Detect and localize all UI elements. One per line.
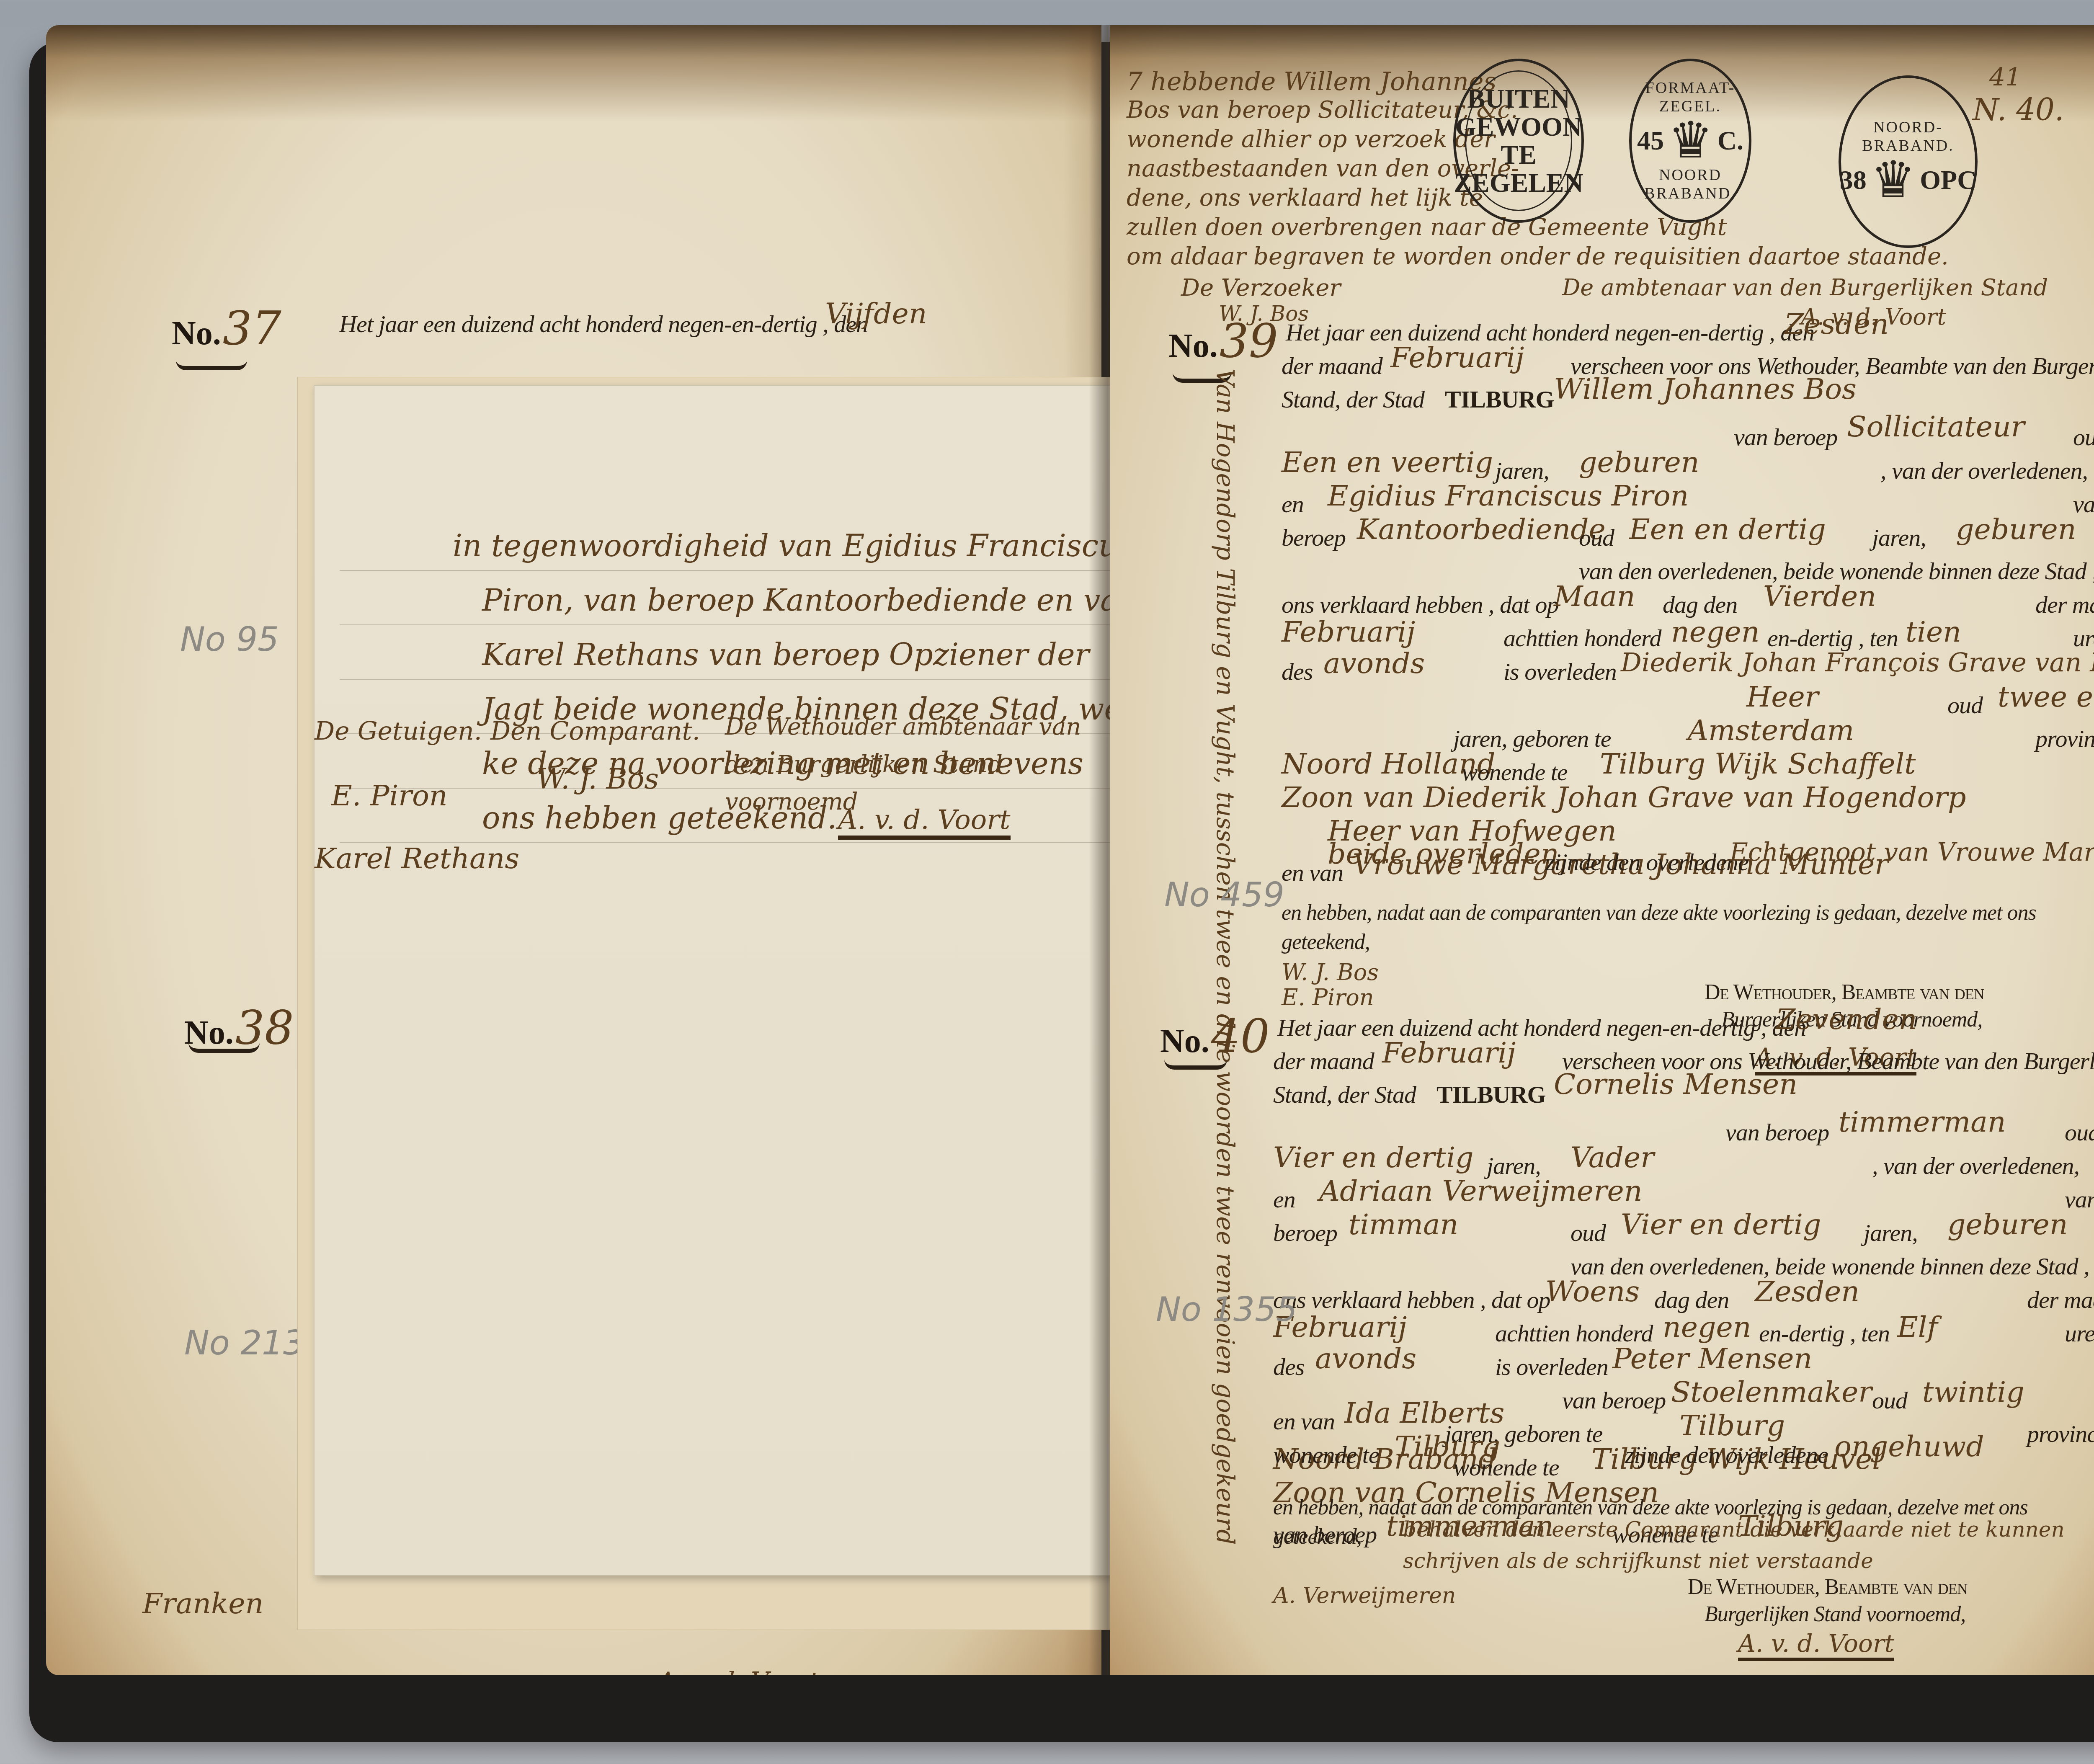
comparant-2-field: Egidius Franciscus Piron [1328,480,1689,513]
entry-37-number: No. 37 [172,302,281,355]
weekday-field: Maan [1554,580,1635,613]
deceased-name-field: Diederik Johan François Grave van Hogend… [1621,647,2094,678]
deceased-age-field: twintig [1922,1376,2024,1409]
label: en [1282,490,1304,518]
ruled-line [340,570,1144,571]
deceased-age-field: twee en zestig [1998,681,2094,714]
stamp-unit: OPC [1920,166,1976,194]
hour-field: Elf [1897,1311,1938,1344]
spouse-field: Echtgenoot van Vrouwe Maria Johanna van … [1730,838,2094,867]
death-month-field: Februarij [1282,616,1415,649]
label: en [1273,1185,1295,1213]
label: en van [1273,1407,1335,1435]
mother-field: Ida Elberts [1344,1397,1504,1430]
comparant-1-field: Cornelis Mensen [1554,1068,1797,1101]
right-page: 41 N. 40. 7 hebbende Willem Johannes Bos… [1110,25,2094,1675]
deceased-beroep-field: Stoelenmaker [1671,1376,1872,1409]
annotation-line: dene, ons verklaard het lijk te [1127,184,1483,211]
label: beroep [1273,1219,1337,1247]
label: , van der overledenen, [1880,456,2088,485]
label: jaren, [1872,524,1926,552]
wethouder-label: Burgerlijken Stand voornoemd, [1705,1602,1965,1627]
wethouder-label: De Wethouder, Beambte van den [1688,1575,1968,1599]
annotation-verzoeker: De Verzoeker [1181,274,1341,302]
deceased-beroep-field: Heer [1746,681,1818,714]
margin-note: Van Hogendorp Tilburg en Vught, tusschen… [1211,369,1240,913]
label: is overleden [1495,1353,1608,1381]
mother-residence-field: Tilburg [1395,1430,1500,1463]
pencil-note: No 213 [184,1323,304,1362]
inserted-slip: in tegenwoordigheid van Egidius Francisc… [314,385,1144,1576]
label: der maand [2027,1286,2094,1314]
opening-text: Het jaar een duizend acht honderd negen-… [1277,1014,1806,1042]
stamp-buitengewoon-te-zegelen: BUITEN GEWOON TE ZEGELEN [1453,59,1584,223]
age-field: Vier en dertig [1273,1141,1474,1174]
parents-status-field: beide overleden [1328,838,1559,871]
city-label: TILBURG [1436,1081,1546,1109]
stamp-unit: C. [1717,126,1743,155]
annotation-line: 7 hebbende Willem Johannes [1127,67,1496,96]
entry-number: 37 [223,302,281,355]
signature-comparant: W. J. Bos [536,763,659,796]
weekday-field: Woens [1545,1275,1640,1308]
stamp-value: 45 [1637,126,1664,155]
opening-text: Het jaar een duizend acht honderd negen-… [1286,318,1814,346]
comparant-signature: A. Verweijmeren [1273,1583,1456,1608]
signature-witness-1: E. Piron [331,779,448,812]
official-signature: A. v. d. Voort [658,1667,819,1675]
entry-37-opening: Het jaar een duizend acht honderd negen-… [339,310,868,338]
pencil-note: No 1355 [1156,1290,1297,1329]
pencil-note: No 95 [180,620,279,659]
entry-40-mother: en van Ida Elberts wonende te Tilburg zi… [1277,1550,2094,1633]
entry-number: 39 [1220,314,1278,368]
residence-field: Tilburg Wijk Schaffelt [1600,748,1916,781]
label: ure, [2065,1319,2094,1347]
annotation-line: om aldaar begraven te worden onder de re… [1127,243,1949,270]
closing-handwritten-note: behalven den eerste Comparant die verkla… [1403,1514,2094,1577]
stamp-value: 38 [1840,166,1867,194]
label: zijnde den overledene [1625,1441,1828,1469]
closing-text: en hebben, nadat aan de comparanten van … [1282,900,2036,925]
closing-text: geteekend, [1282,930,1370,954]
annotation-ambtenaar: De ambtenaar van den Burgerlijken Stand [1562,274,2048,301]
father-field: Zoon van Diederik Johan Grave van Hogend… [1282,781,1966,814]
relation-field: Vader [1570,1141,1654,1174]
slip-label-comparant: Den Comparant. [490,717,700,746]
annotation-line: zullen doen overbrengen naar de Gemeente… [1127,214,1727,241]
signature-wethouder: A. v. d. Voort [838,805,1011,840]
beroep-field: Kantoorbediende [1357,513,1606,546]
age-field: Een en dertig [1629,513,1826,546]
label: der maand [1282,352,1382,380]
beroep-field: Sollicitateur [1847,410,2024,444]
birthplace-field: Tilburg [1679,1409,1785,1442]
label: des [1273,1353,1304,1381]
slip-label-wethouder: De Wethouder ambtenaar van den Burgerlij… [725,708,1123,821]
label: is overleden [1503,658,1617,686]
beroep-field: timmerman [1839,1106,2006,1139]
year-digit-field: negen [1663,1311,1751,1344]
label: provincie [2035,725,2094,753]
wethouder-label: De Wethouder, Beambte van den [1705,980,1984,1005]
day-field: Zesden [1784,308,1889,341]
entry-brace [176,360,247,370]
slip-label-getuigen: De Getuigen. [315,717,482,746]
label: provincie [2027,1420,2094,1448]
label: ons verklaard hebben , dat op [1282,591,1559,619]
crown-lion-crest-icon: ♛ [1668,116,1713,166]
stamp-ring-text: NOORD-BRABAND. [1841,118,1975,155]
entry-37-day: Vijfden [825,297,927,330]
year-digit-field: negen [1671,616,1760,649]
month-field: Februarij [1382,1037,1516,1070]
ruled-line [340,679,1144,680]
label: wonende te [1273,1441,1379,1469]
relation-field: geburen [1947,1208,2068,1241]
label: oud [1570,1219,1606,1247]
folio-number: 41 [1989,63,2021,92]
entry-39-body: Het jaar een duizend acht honderd negen-… [1286,318,2094,905]
day-field: Zevenden [1776,1003,1917,1036]
label: dag den [1663,591,1737,619]
closing-text: geteekend, [1273,1524,1362,1549]
no-label: No. [172,315,221,352]
label: Stand, der Stad [1282,385,1424,413]
death-day-field: Vierden [1763,580,1876,613]
daypart-field: avonds [1315,1342,1416,1375]
label: ons verklaard hebben , dat op [1273,1286,1550,1314]
signature-witness-2: Karel Rethans [315,842,519,875]
comparant-signature: E. Piron [1282,984,1374,1011]
entry-40-body: Het jaar een duizend acht honderd negen-… [1277,1014,2094,1558]
entry-40-number: No. 40 [1160,1009,1270,1063]
official-signature: A. v. d. Voort [1738,1629,1894,1661]
label: oud [1579,524,1614,552]
label: der maand [1273,1047,1374,1075]
label: zijnde den overledene [1545,848,1748,876]
label: jaren, [1864,1219,1918,1247]
entry-brace [1164,1060,1227,1070]
no-label: No. [1168,328,1218,364]
age-field: Een en veertig [1282,446,1493,479]
label: Stand, der Stad [1273,1081,1416,1109]
birthplace-field: Amsterdam [1688,714,1854,747]
relation-field: geburen [1579,446,1699,479]
age-field: Vier en dertig [1621,1208,1821,1241]
comparant-signature: W. J. Bos [1282,959,1379,985]
label: van beroep [1734,423,1837,451]
annotation-line: wonende alhier op verzoek der [1127,126,1495,153]
stamp-noord-brabant: NOORD-BRABAND. 38 ♛ OPC [1839,75,1978,248]
folio-note: N. 40. [1973,92,2064,127]
entry-brace [188,1043,260,1053]
label: van beroep [1562,1386,1666,1414]
label: oud [1947,691,1983,719]
deceased-name-field: Peter Mensen [1612,1342,1812,1375]
label: des [1282,658,1313,686]
label: van beroep [1725,1118,1829,1146]
label: van [2065,1185,2094,1213]
label: dag den [1654,1286,1729,1314]
label: oud [1872,1386,1907,1414]
stamp-ring-text: NOORD BRABAND. [1632,166,1749,203]
comparant-2-field: Adriaan Verweijmeren [1319,1175,1643,1208]
status-field: ongehuwd [1834,1430,1984,1463]
stamp-formaat-zegel: FORMAAT-ZEGEL. 45 ♛ C. NOORD BRABAND. [1629,59,1751,223]
label: beroep [1282,524,1346,552]
label: oud [2073,423,2094,451]
slip-line: in tegenwoordigheid van Egidius Francisc… [453,528,1133,563]
hour-field: tien [1906,616,1961,649]
beroep-field: timman [1349,1208,1458,1241]
city-label: TILBURG [1445,385,1554,413]
ruled-line [340,624,1144,625]
entry-number: 40 [1211,1009,1270,1063]
slip-line: Piron, van beroep Kantoorbediende en van [482,583,1138,618]
label: , van der overledenen, [1872,1152,2079,1180]
no-label: No. [1160,1023,1209,1060]
crown-lion-crest-icon: ♛ [1871,155,1916,205]
daypart-field: avonds [1323,647,1425,680]
comparant-1-field: Willem Johannes Bos [1554,373,1857,406]
entry-39-number: No. 39 [1168,314,1278,368]
month-field: Februarij [1390,341,1524,374]
death-day-field: Zesden [1755,1275,1859,1308]
stamp-ring-text: FORMAAT-ZEGEL. [1632,79,1749,116]
label: oud [2065,1118,2094,1146]
label: der maand [2035,591,2094,619]
pencil-note: No 459 [1164,875,1284,914]
relation-field: geburen [1956,513,2076,546]
witness-signature: Franken [142,1587,263,1620]
slip-line: Karel Rethans van beroep Opziener der [482,637,1089,672]
